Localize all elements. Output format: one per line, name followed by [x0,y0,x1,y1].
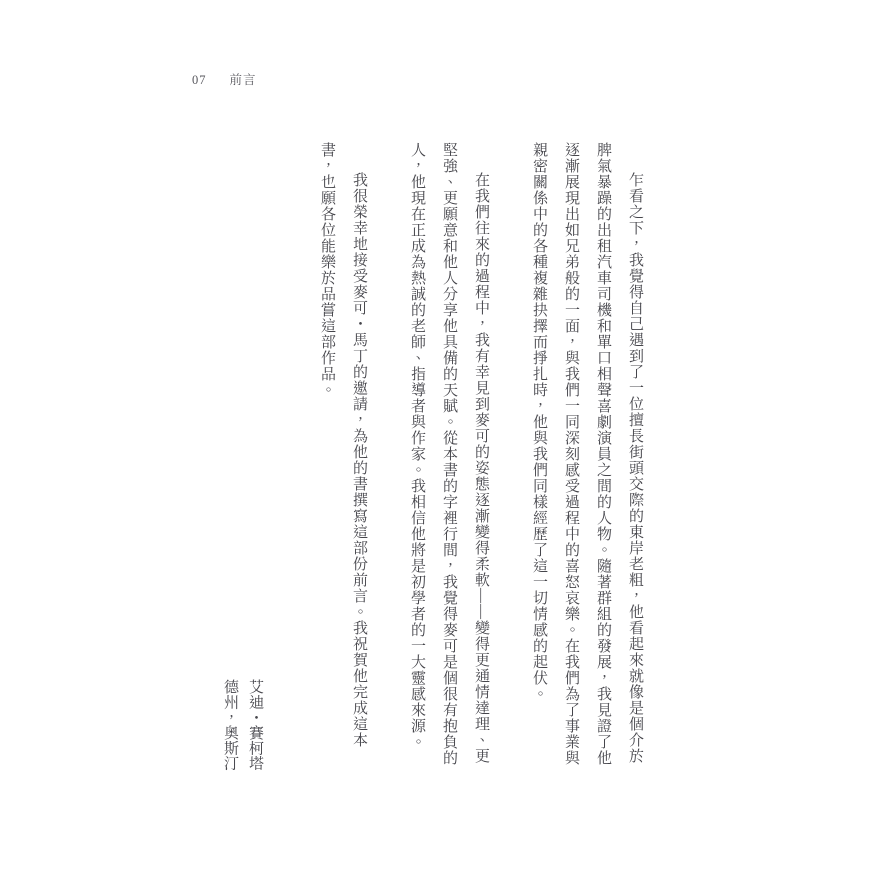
page-number: 07 [192,73,207,87]
book-page: 07 前言 乍看之下，我覺得自己遇到了一位擅長街頭交際的東岸老粗，他看起來就像是… [0,0,869,869]
section-title: 前言 [230,73,257,87]
paragraph: 我很榮幸地接受麥可・馬丁的邀請，為他的書撰寫這部份前言。我祝賀他完成這本書，也願… [311,142,375,778]
paragraph: 在我們往來的過程中，我有幸見到麥可的姿態逐漸變得柔軟——變得更通情達理、更堅強、… [401,142,497,778]
preface-body: 乍看之下，我覺得自己遇到了一位擅長街頭交際的東岸老粗，他看起來就像是個介於脾氣暴… [217,142,651,778]
running-head: 07 前言 [192,73,257,87]
signature-name: 艾迪・賽柯塔 [242,142,267,771]
signature-location: 德州，奧斯汀 [217,142,242,771]
paragraph: 乍看之下，我覺得自己遇到了一位擅長街頭交際的東岸老粗，他看起來就像是個介於脾氣暴… [523,142,651,778]
signature-block: 艾迪・賽柯塔 德州，奧斯汀 [217,142,267,778]
